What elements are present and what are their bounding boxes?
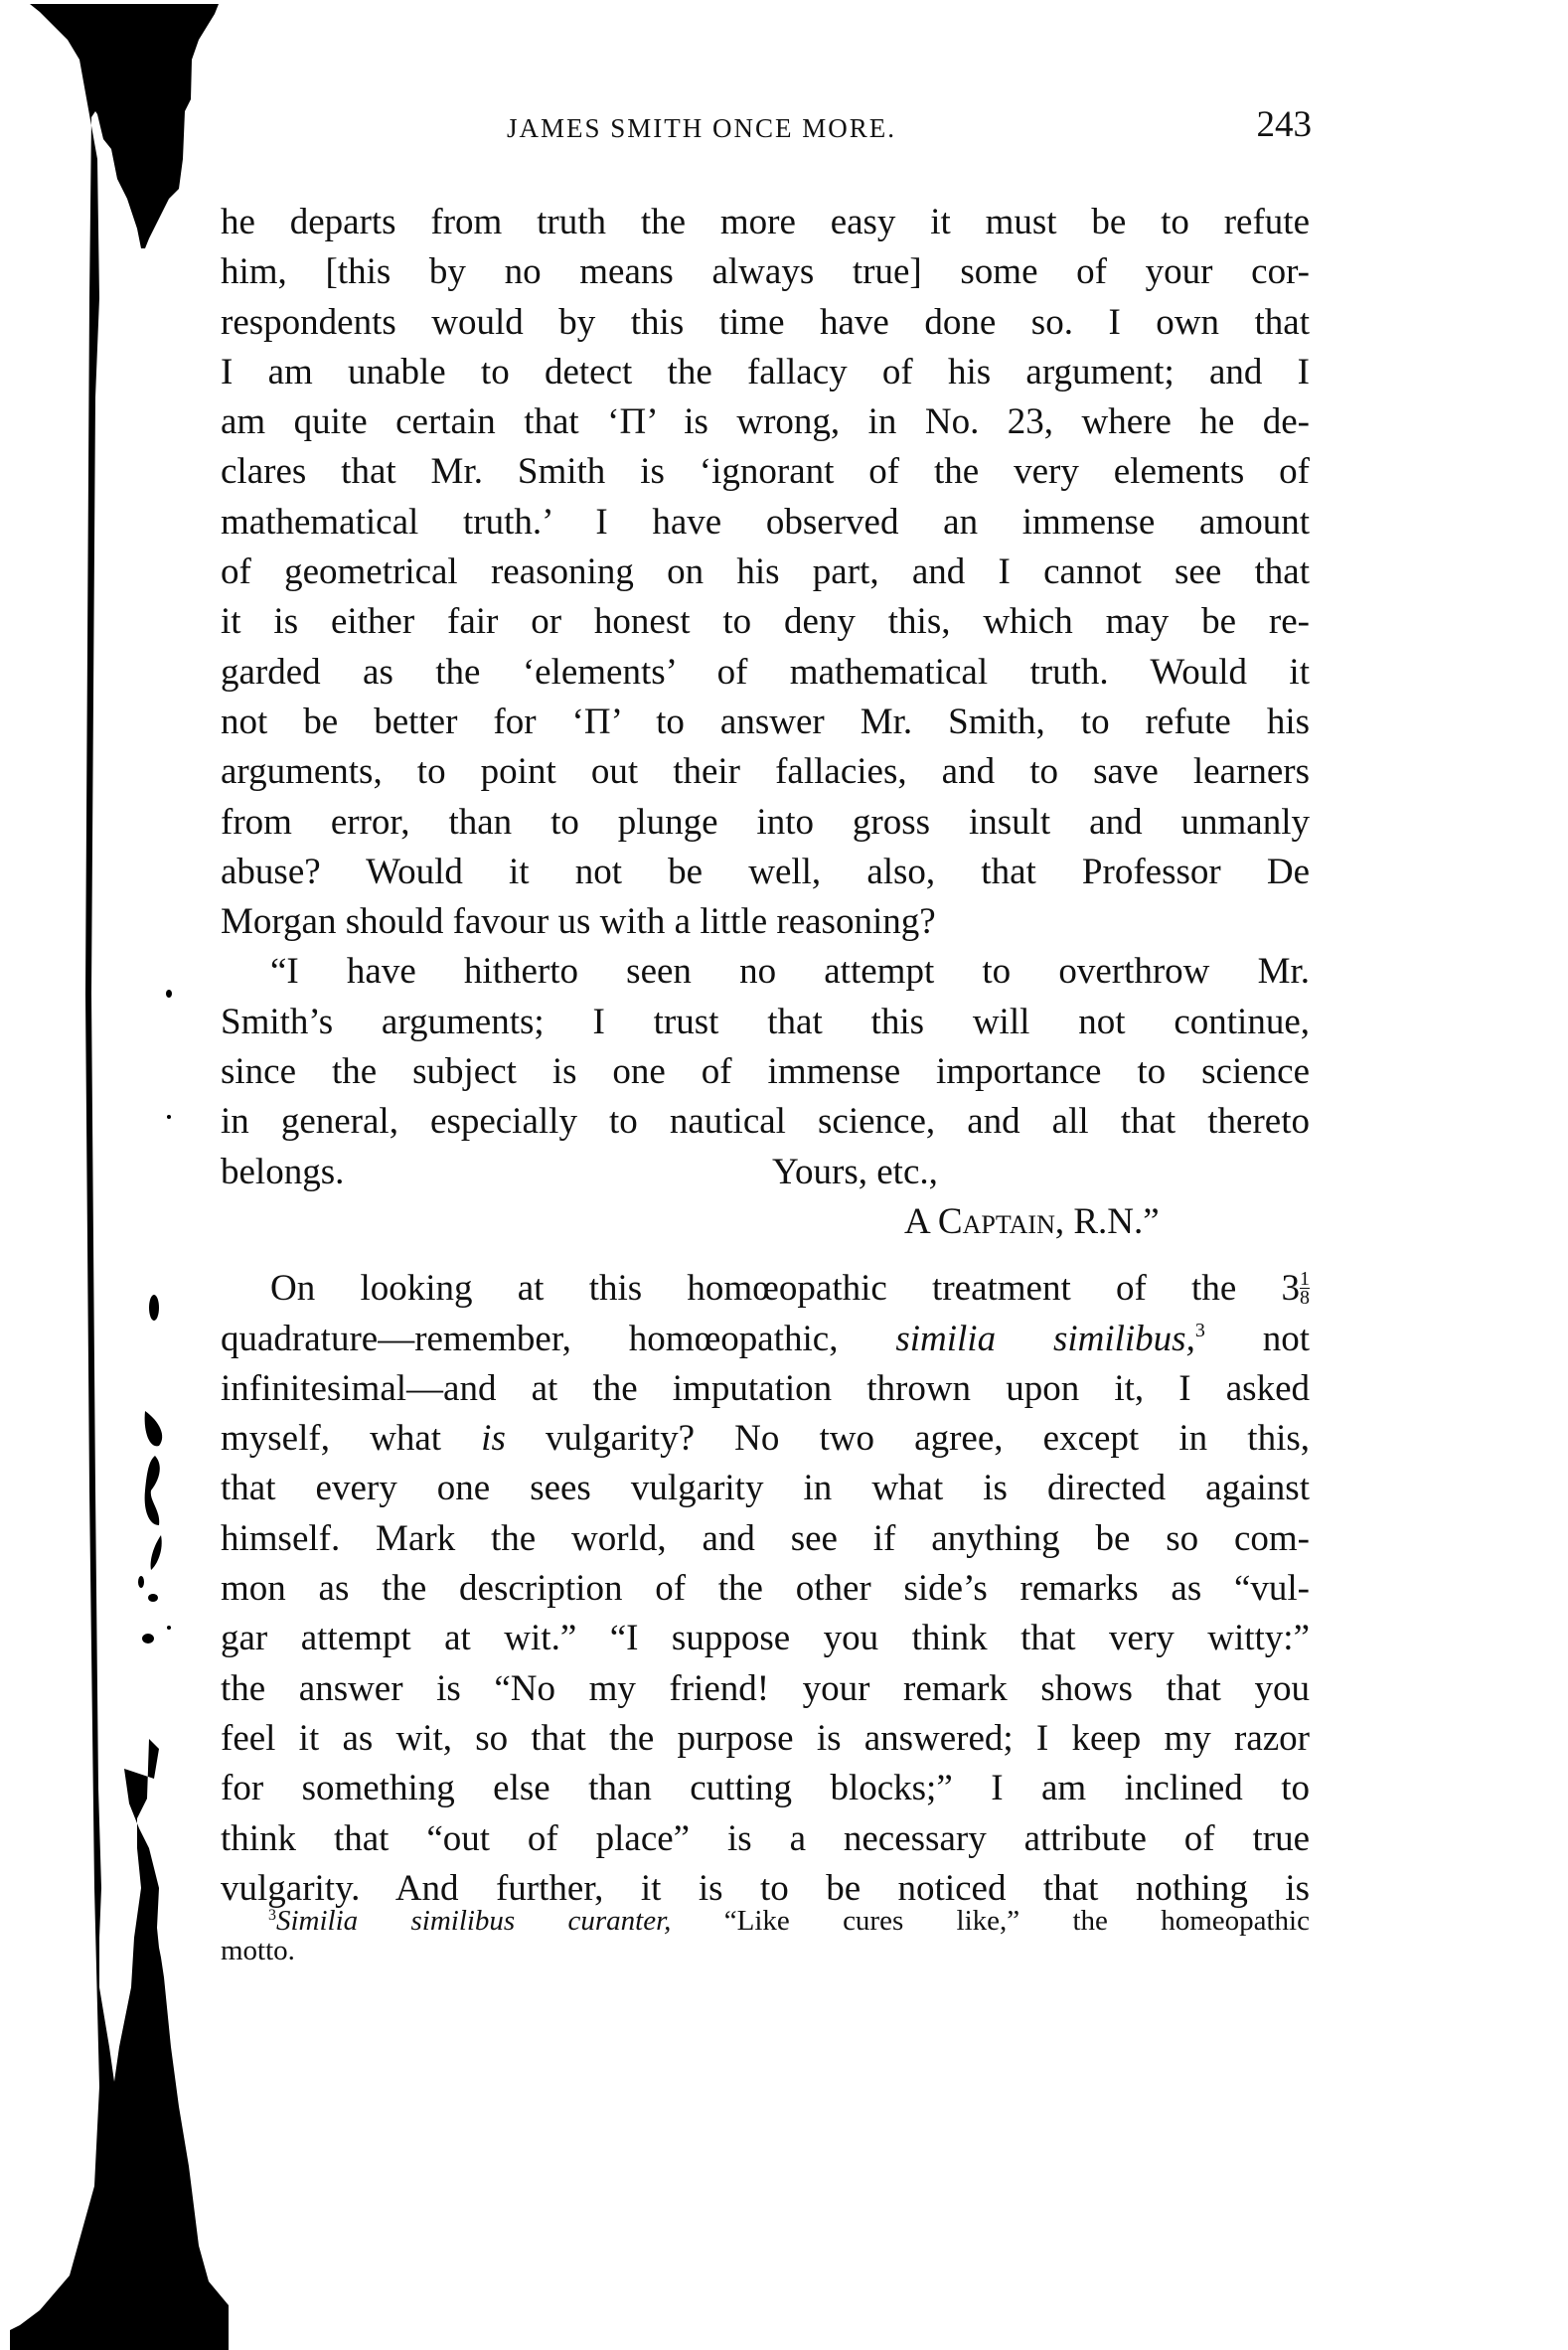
text-line: quadrature—remember, homœopathic, simili… (221, 1315, 1310, 1364)
text-line: am quite certain that ‘Π’ is wrong, in N… (221, 397, 1310, 447)
text-line: Smith’s arguments; I trust that this wil… (221, 998, 1310, 1047)
text-line: mon as the description of the other side… (221, 1564, 1310, 1614)
text-line: clares that Mr. Smith is ‘ignorant of th… (221, 447, 1310, 497)
text-line: for something else than cutting blocks;”… (221, 1764, 1310, 1813)
text-line: feel it as wit, so that the purpose is a… (221, 1714, 1310, 1764)
footnote-line: 3Similia similibus curanter, “Like cures… (221, 1906, 1310, 1936)
signature-line: A Captain, R.N.” (221, 1197, 1310, 1247)
running-head: JAMES SMITH ONCE MORE. 243 (487, 99, 1312, 149)
running-title: JAMES SMITH ONCE MORE. (507, 113, 896, 144)
text-line: the answer is “No my friend! your remark… (221, 1664, 1310, 1714)
closing-line: belongs. Yours, etc., (221, 1148, 1310, 1197)
text-line: he departs from truth the more easy it m… (221, 198, 1310, 247)
text-line: in general, especially to nautical scien… (221, 1097, 1310, 1147)
paragraph-spacer (221, 1247, 1310, 1264)
text-line: I am unable to detect the fallacy of his… (221, 348, 1310, 397)
text-line: think that “out of place” is a necessary… (221, 1814, 1310, 1864)
footnote-line: motto. (221, 1936, 1310, 1965)
text-line: myself, what is vulgarity? No two agree,… (221, 1414, 1310, 1464)
fraction: 18 (1300, 1270, 1310, 1307)
text-line: himself. Mark the world, and see if anyt… (221, 1514, 1310, 1564)
text-line: that every one sees vulgarity in what is… (221, 1464, 1310, 1513)
paragraph-continued: he departs from truth the more easy it m… (221, 198, 1310, 947)
text-line: infinitesimal—and at the imputation thro… (221, 1364, 1310, 1414)
text-line: respondents would by this time have done… (221, 298, 1310, 348)
text-line: not be better for ‘Π’ to answer Mr. Smit… (221, 698, 1310, 747)
valediction: Yours, etc., (772, 1148, 938, 1197)
text-line: from error, than to plunge into gross in… (221, 798, 1310, 848)
quoted-letter-paragraph: “I have hitherto seen no attempt to over… (221, 947, 1310, 1247)
footnote-reference: 3 (1195, 1320, 1205, 1341)
text-line: him, [this by no means always true] some… (221, 247, 1310, 297)
body-text: he departs from truth the more easy it m… (221, 198, 1310, 1914)
text-line: “I have hitherto seen no attempt to over… (221, 947, 1310, 997)
text-line: it is either fair or honest to deny this… (221, 597, 1310, 647)
text-line: Morgan should favour us with a little re… (221, 897, 1310, 947)
text-line: garded as the ‘elements’ of mathematical… (221, 648, 1310, 698)
binding-shadow-artifact (0, 0, 229, 2350)
footnote-marker: 3 (268, 1907, 276, 1924)
page-number: 243 (1257, 103, 1313, 146)
signature: A Captain, R.N.” (904, 1197, 1160, 1247)
text-line: mathematical truth.’ I have observed an … (221, 498, 1310, 548)
footnote: 3Similia similibus curanter, “Like cures… (221, 1906, 1310, 1965)
text-line: On looking at this homœopathic treatment… (221, 1264, 1310, 1314)
text-line: of geometrical reasoning on his part, an… (221, 548, 1310, 597)
text-line: since the subject is one of immense impo… (221, 1047, 1310, 1097)
closing-word: belongs. (221, 1148, 344, 1197)
paragraph: On looking at this homœopathic treatment… (221, 1264, 1310, 1914)
text-line: arguments, to point out their fallacies,… (221, 747, 1310, 797)
text-line: abuse? Would it not be well, also, that … (221, 848, 1310, 897)
text-line: gar attempt at wit.” “I suppose you thin… (221, 1614, 1310, 1663)
